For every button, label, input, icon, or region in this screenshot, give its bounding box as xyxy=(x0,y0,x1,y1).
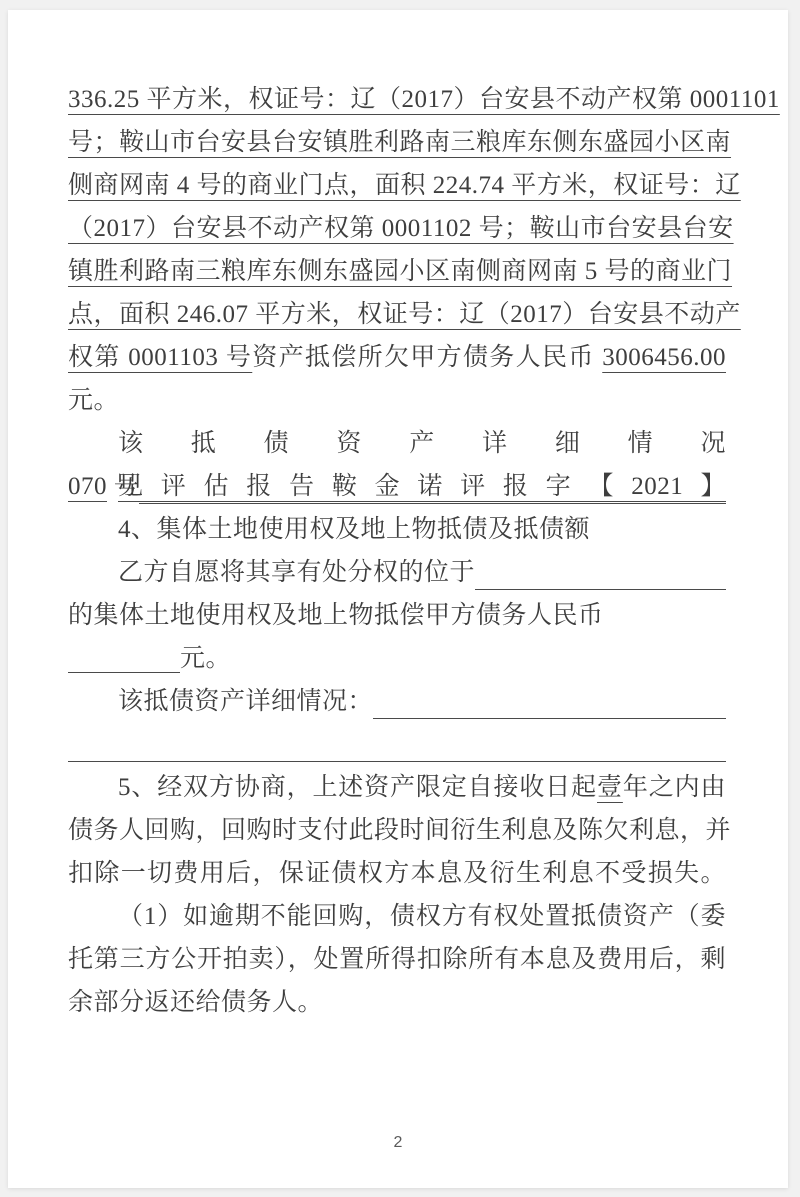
document-text: 资产抵偿所欠甲方债务人民币 xyxy=(252,344,602,371)
document-line: 乙方自愿将其享有处分权的位于 xyxy=(68,551,726,594)
fill-in-blank-line xyxy=(68,672,180,673)
document-text: 乙方自愿将其享有处分权的位于 xyxy=(118,551,475,594)
document-line: 070 号 xyxy=(68,465,726,508)
document-text: 余部分返还给债务人。 xyxy=(68,989,323,1016)
filled-in-text: （2017）台安县不动产权第 0001102 号；鞍山市台安县台安 xyxy=(68,215,734,242)
document-line: 该抵债资产详细情况： xyxy=(68,680,726,723)
document-text: 5、经双方协商，上述资产限定自接收日起 xyxy=(118,774,597,801)
document-text: 该抵债资产详细情况 xyxy=(118,430,726,457)
document-line: 债务人回购，回购时支付此段时间衍生利息及陈欠利息，并 xyxy=(68,809,726,852)
fill-in-blank-line xyxy=(475,551,726,590)
page-number: 2 xyxy=(8,1134,788,1152)
filled-in-text: 3006456.00 xyxy=(602,344,726,371)
document-text: 托第三方公开拍卖），处置所得扣除所有本息及费用后，剩 xyxy=(68,946,726,973)
document-text: 扣除一切费用后，保证债权方本息及衍生利息不受损失。 xyxy=(68,860,726,887)
document-text: 元。 xyxy=(180,645,231,672)
document-line: 托第三方公开拍卖），处置所得扣除所有本息及费用后，剩 xyxy=(68,938,726,981)
document-line: 4、集体土地使用权及地上物抵债及抵债额 xyxy=(68,508,726,551)
document-line: （1）如逾期不能回购，债权方有权处置抵债资产（委 xyxy=(68,895,726,938)
filled-in-text: 权第 0001103 号 xyxy=(68,344,252,371)
document-line: 侧商网南 4 号的商业门点，面积 224.74 平方米，权证号：辽 xyxy=(68,164,726,207)
document-text: 年之内由 xyxy=(623,774,726,801)
document-line: 镇胜利路南三粮库东侧东盛园小区南侧商网南 5 号的商业门 xyxy=(68,250,726,293)
fill-in-blank-line xyxy=(139,465,726,504)
document-line: 扣除一切费用后，保证债权方本息及衍生利息不受损失。 xyxy=(68,852,726,895)
document-line: （2017）台安县不动产权第 0001102 号；鞍山市台安县台安 xyxy=(68,207,726,250)
document-line xyxy=(68,723,726,766)
document-text: （1）如逾期不能回购，债权方有权处置抵债资产（委 xyxy=(118,903,726,930)
document-line: 余部分返还给债务人。 xyxy=(68,981,726,1024)
document-line: 元。 xyxy=(68,379,726,422)
document-line: 号；鞍山市台安县台安镇胜利路南三粮库东侧东盛园小区南 xyxy=(68,121,726,164)
document-line: 点，面积 246.07 平方米，权证号：辽（2017）台安县不动产 xyxy=(68,293,726,336)
filled-in-text: 号；鞍山市台安县台安镇胜利路南三粮库东侧东盛园小区南 xyxy=(68,129,731,156)
filled-in-text: 070 xyxy=(68,465,107,508)
document-line: 336.25 平方米，权证号：辽（2017）台安县不动产权第 0001101 xyxy=(68,78,726,121)
filled-in-text: 336.25 平方米，权证号：辽（2017）台安县不动产权第 0001101 xyxy=(68,86,780,113)
document-line: 的集体土地使用权及地上物抵偿甲方债务人民币 xyxy=(68,594,726,637)
document-text: 该抵债资产详细情况： xyxy=(118,680,373,723)
filled-in-text: 镇胜利路南三粮库东侧东盛园小区南侧商网南 5 号的商业门 xyxy=(68,258,732,285)
document-page: 336.25 平方米，权证号：辽（2017）台安县不动产权第 0001101号；… xyxy=(8,10,788,1188)
filled-in-text: 点，面积 246.07 平方米，权证号：辽（2017）台安县不动产 xyxy=(68,301,741,328)
document-line: 权第 0001103 号资产抵偿所欠甲方债务人民币 3006456.00 xyxy=(68,336,726,379)
document-text: 4、集体土地使用权及地上物抵债及抵债额 xyxy=(118,516,590,543)
document-line: 该抵债资产详细情况见评估报告鞍金诺评报字【2021】 xyxy=(68,422,726,465)
filled-in-text: 侧商网南 4 号的商业门点，面积 224.74 平方米，权证号：辽 xyxy=(68,172,741,199)
document-line: 元。 xyxy=(68,637,726,680)
document-line: 5、经双方协商，上述资产限定自接收日起壹年之内由 xyxy=(68,766,726,809)
fill-in-blank-line xyxy=(68,723,726,762)
document-text: 债务人回购，回购时支付此段时间衍生利息及陈欠利息，并 xyxy=(68,817,731,844)
document-body: 336.25 平方米，权证号：辽（2017）台安县不动产权第 0001101号；… xyxy=(8,10,788,1024)
document-text: 元。 xyxy=(68,387,119,414)
document-text: 号 xyxy=(107,465,139,508)
filled-in-text: 壹 xyxy=(597,774,623,801)
fill-in-blank-line xyxy=(373,680,726,719)
document-text: 的集体土地使用权及地上物抵偿甲方债务人民币 xyxy=(68,602,604,629)
